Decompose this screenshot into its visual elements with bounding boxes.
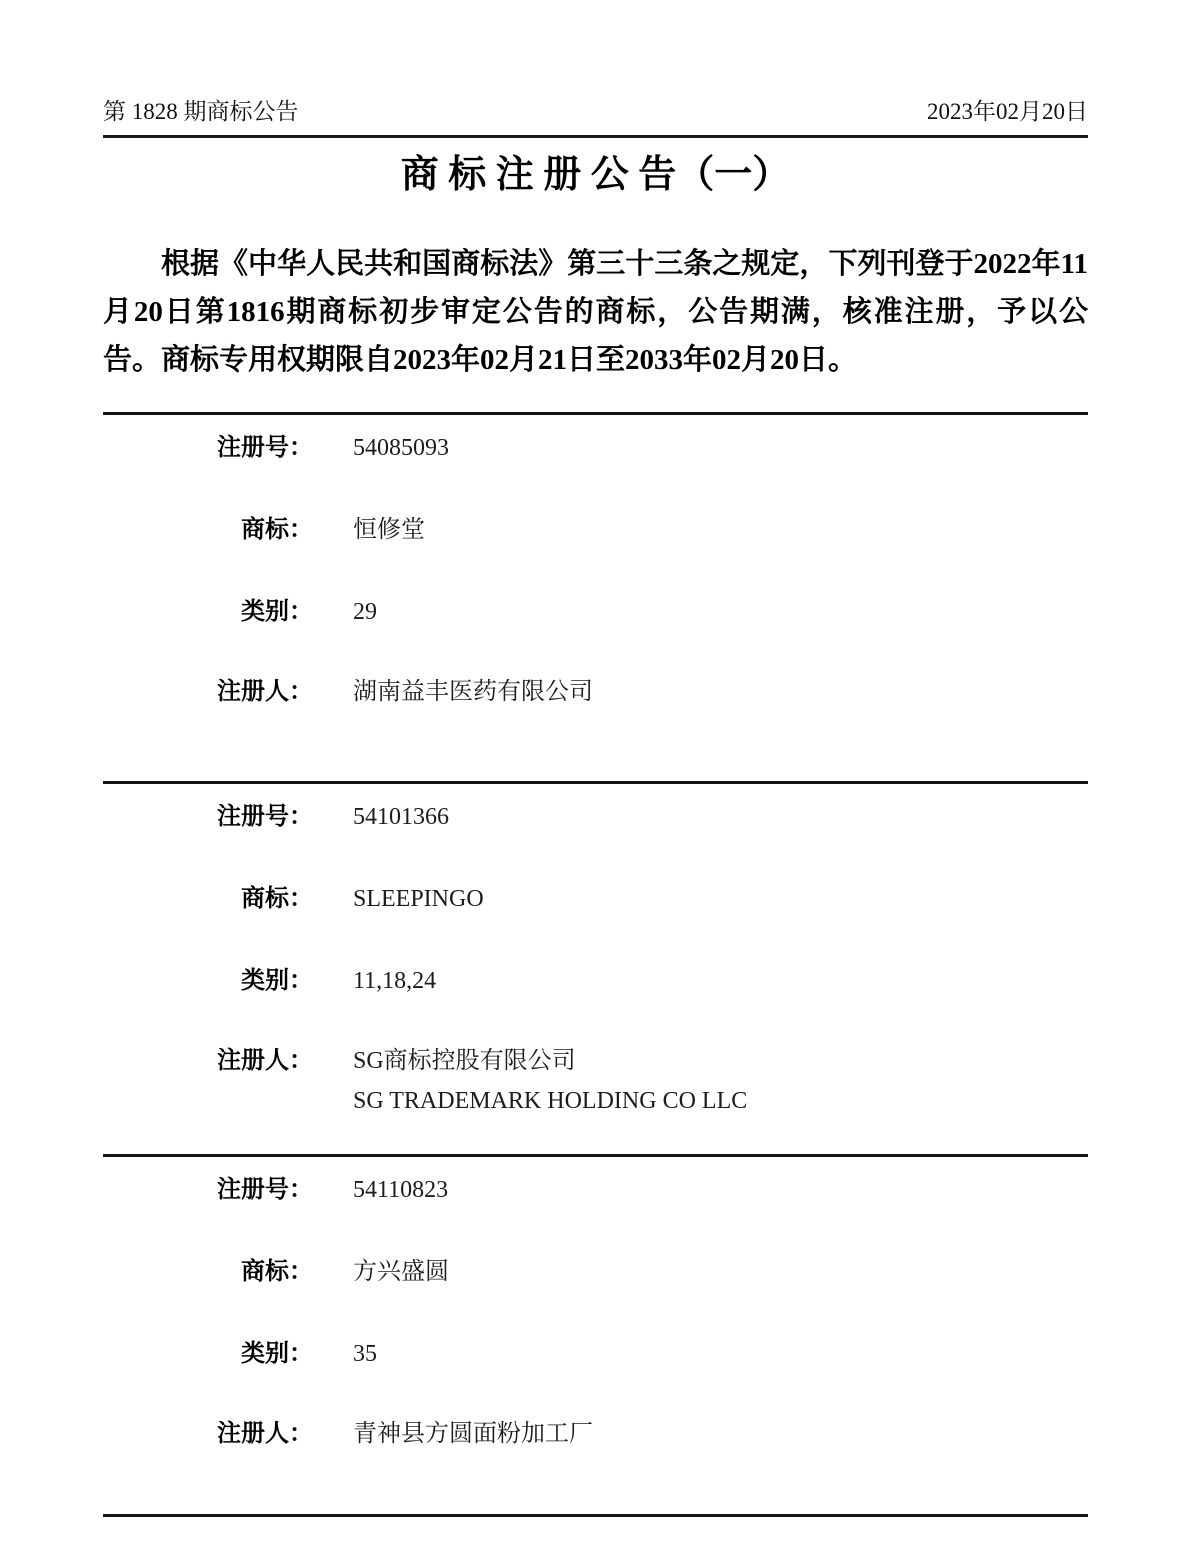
gazette-page: 第 1828 期商标公告 2023年02月20日 商 标 注 册 公 告（一） …	[0, 0, 1190, 1564]
reg-number-row: 注册号： 54101366	[103, 802, 1088, 832]
entry-separator	[103, 781, 1088, 784]
reg-number-value: 54110823	[353, 1175, 448, 1205]
category-label: 类别：	[103, 966, 313, 996]
trademark-label: 商标：	[103, 515, 313, 545]
registrant-value: 湖南益丰医药有限公司	[353, 677, 593, 707]
registrant-row: 注册人： 青神县方圆面粉加工厂	[103, 1419, 1088, 1449]
registrant-row: 注册人： SG商标控股有限公司 SG TRADEMARK HOLDING CO …	[103, 1046, 1088, 1116]
category-label: 类别：	[103, 1339, 313, 1369]
entry-separator	[103, 1514, 1088, 1517]
category-value: 29	[353, 597, 377, 627]
registrant-value: SG商标控股有限公司 SG TRADEMARK HOLDING CO LLC	[353, 1046, 747, 1116]
registrant-value: 青神县方圆面粉加工厂	[353, 1419, 593, 1449]
trademark-value: 恒修堂	[353, 515, 425, 545]
trademark-row: 商标： SLEEPINGO	[103, 884, 1088, 914]
trademark-entry: 注册号： 54101366 商标： SLEEPINGO 类别： 11,18,24…	[103, 802, 1088, 1154]
trademark-label: 商标：	[103, 884, 313, 914]
page-content: 第 1828 期商标公告 2023年02月20日 商 标 注 册 公 告（一） …	[103, 97, 1088, 1517]
page-header: 第 1828 期商标公告 2023年02月20日	[103, 97, 1088, 127]
trademark-entry: 注册号： 54085093 商标： 恒修堂 类别： 29 注册人： 湖南益丰医药…	[103, 433, 1088, 781]
reg-number-value: 54085093	[353, 433, 449, 463]
registrant-row: 注册人： 湖南益丰医药有限公司	[103, 677, 1088, 707]
reg-number-label: 注册号：	[103, 802, 313, 832]
trademark-label: 商标：	[103, 1257, 313, 1287]
category-value: 35	[353, 1339, 377, 1369]
issue-number: 第 1828 期商标公告	[103, 97, 299, 127]
trademark-value: 方兴盛圆	[353, 1257, 449, 1287]
registrant-label: 注册人：	[103, 1419, 313, 1449]
category-row: 类别： 35	[103, 1339, 1088, 1369]
issue-date: 2023年02月20日	[927, 97, 1088, 127]
category-label: 类别：	[103, 597, 313, 627]
registrant-line-cn: SG商标控股有限公司	[353, 1046, 747, 1076]
trademark-row: 商标： 方兴盛圆	[103, 1257, 1088, 1287]
entry-separator	[103, 1154, 1088, 1157]
registrant-label: 注册人：	[103, 677, 313, 707]
registrant-line-en: SG TRADEMARK HOLDING CO LLC	[353, 1086, 747, 1116]
trademark-value: SLEEPINGO	[353, 884, 484, 914]
trademark-entry: 注册号： 54110823 商标： 方兴盛圆 类别： 35 注册人： 青神县方圆…	[103, 1175, 1088, 1514]
category-row: 类别： 29	[103, 597, 1088, 627]
entry-separator	[103, 412, 1088, 415]
reg-number-label: 注册号：	[103, 1175, 313, 1205]
reg-number-row: 注册号： 54110823	[103, 1175, 1088, 1205]
reg-number-row: 注册号： 54085093	[103, 433, 1088, 463]
reg-number-value: 54101366	[353, 802, 449, 832]
header-rule	[103, 135, 1088, 138]
registrant-label: 注册人：	[103, 1046, 313, 1076]
category-value: 11,18,24	[353, 966, 436, 996]
category-row: 类别： 11,18,24	[103, 966, 1088, 996]
reg-number-label: 注册号：	[103, 433, 313, 463]
intro-paragraph: 根据《中华人民共和国商标法》第三十三条之规定，下列刊登于2022年11月20日第…	[103, 240, 1088, 384]
page-title: 商 标 注 册 公 告（一）	[103, 150, 1088, 200]
trademark-row: 商标： 恒修堂	[103, 515, 1088, 545]
